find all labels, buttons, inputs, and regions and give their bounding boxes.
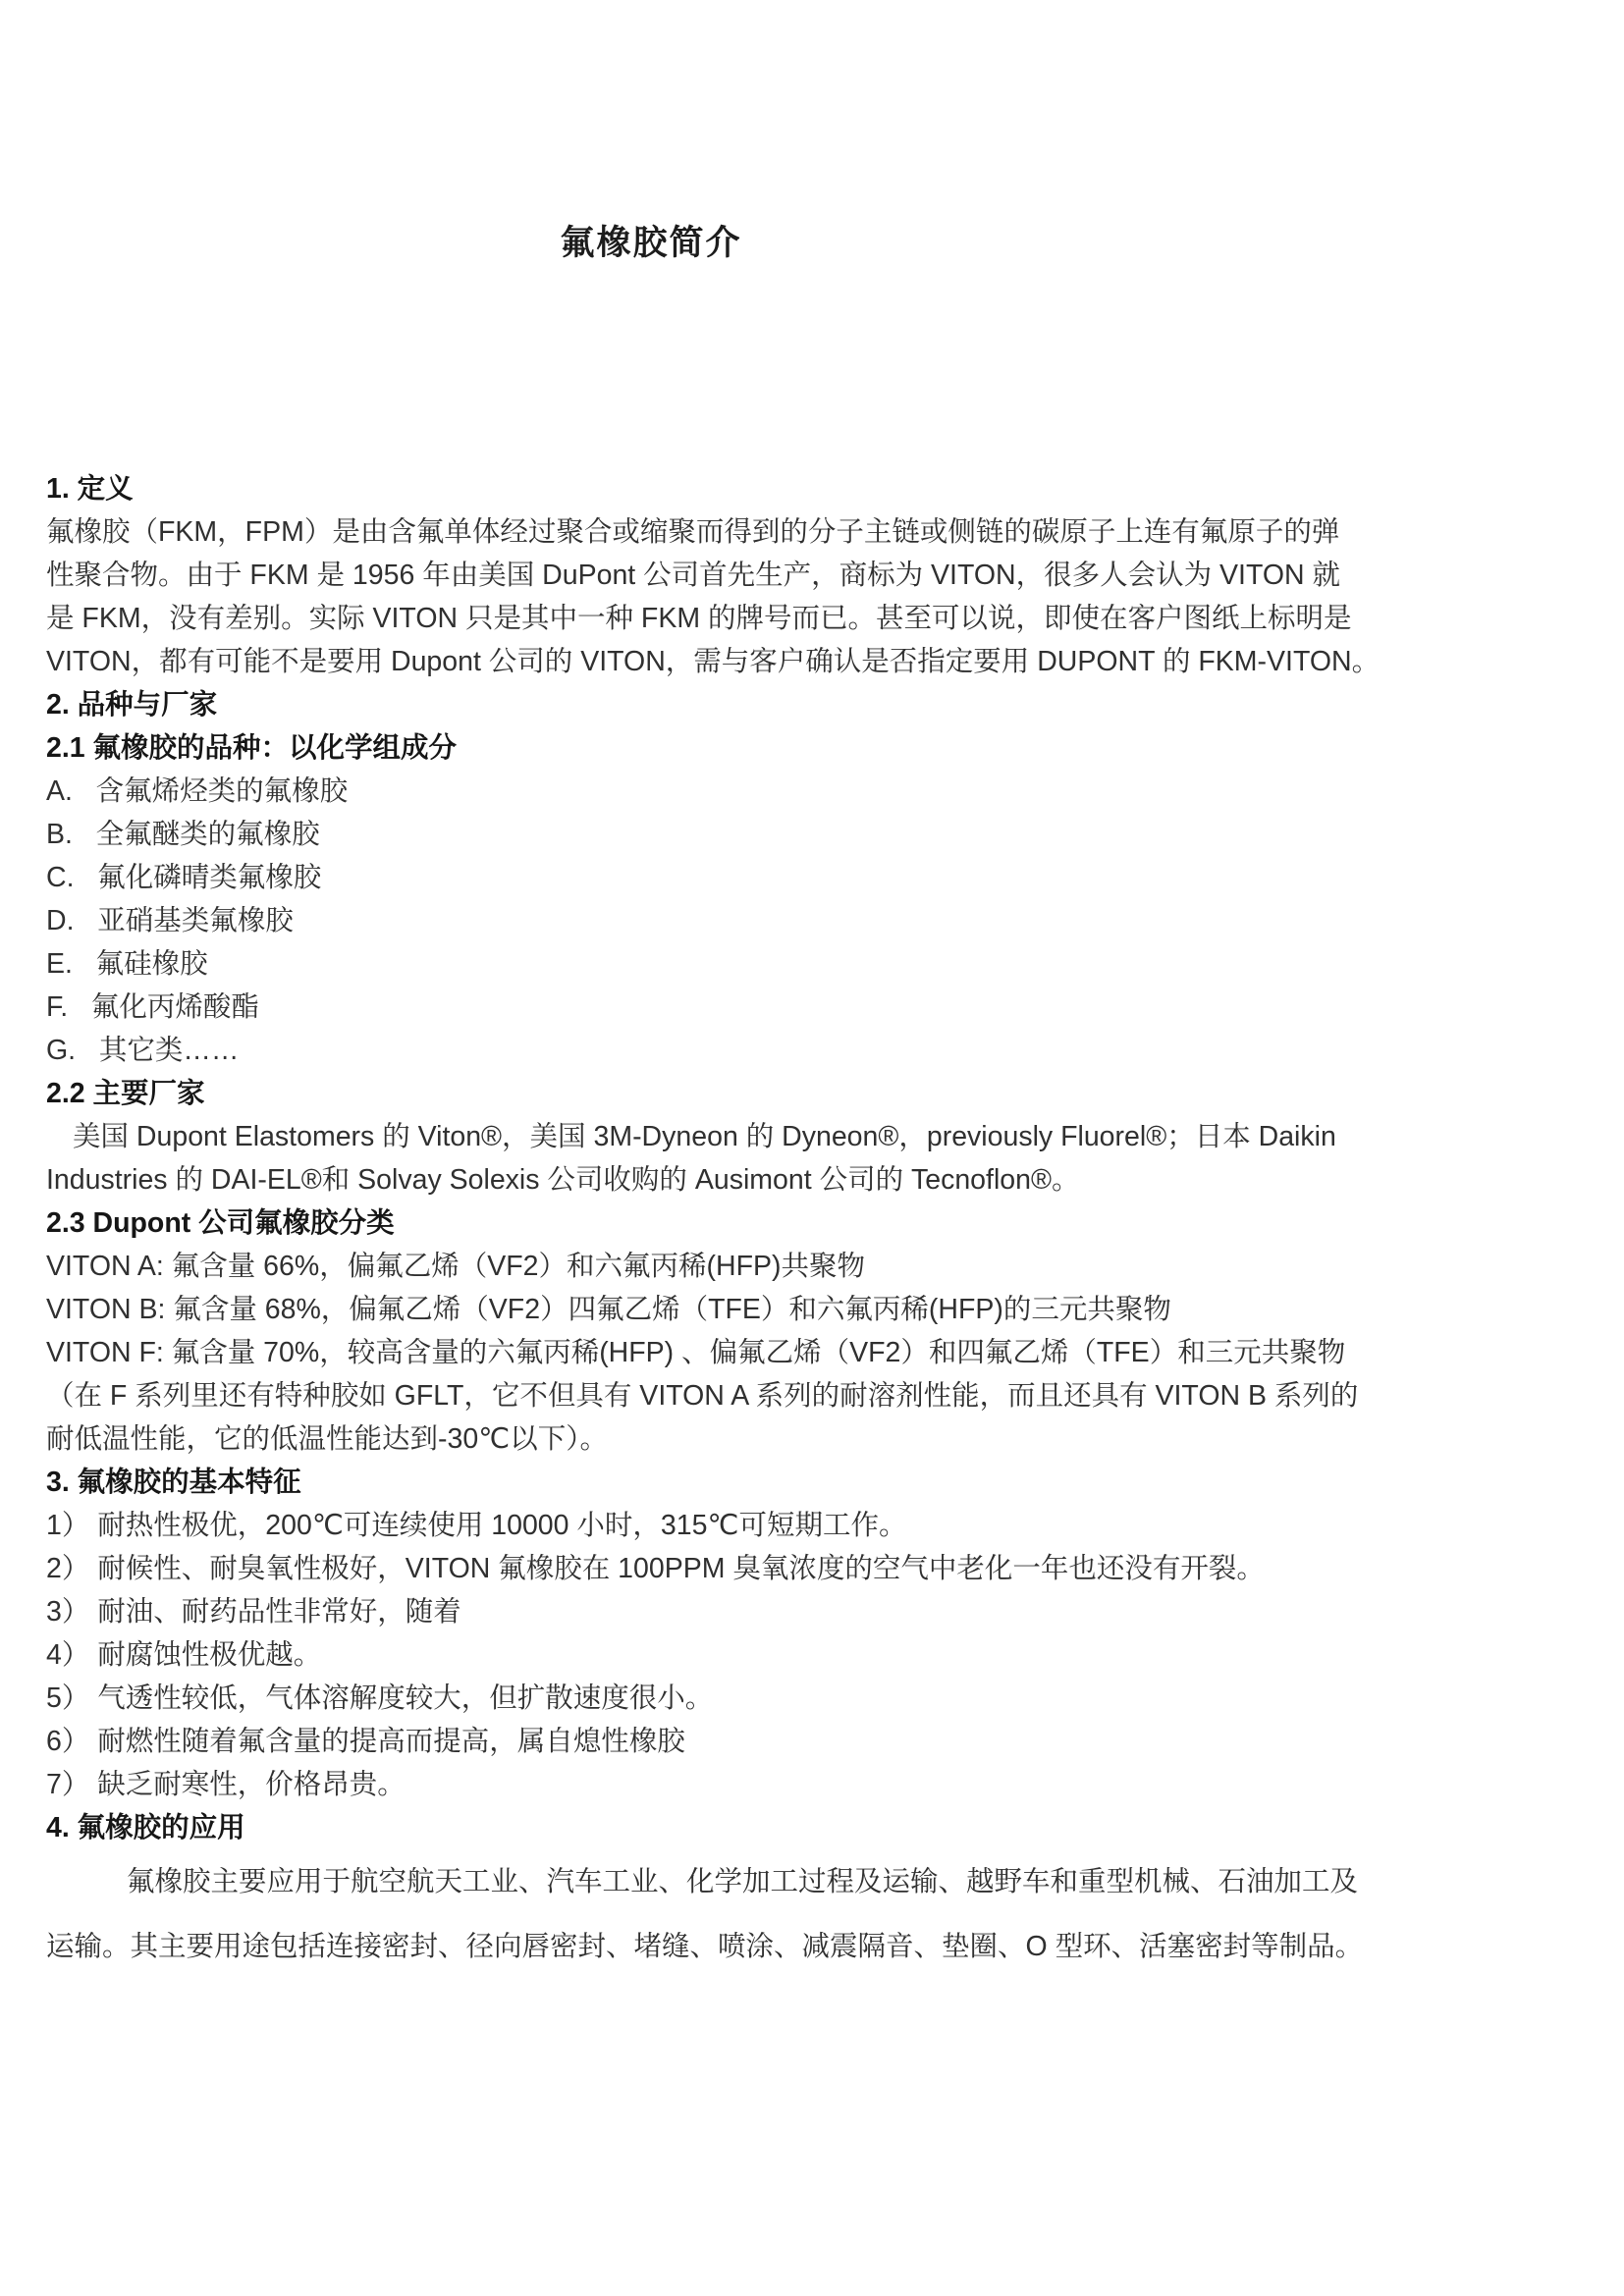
text-line: 1） 耐热性极优，200℃可连续使用 10000 小时，315℃可短期工作。	[46, 1504, 1595, 1547]
section-heading: 2.1 氟橡胶的品种：以化学组成分	[46, 726, 1595, 770]
text-line: 耐低温性能，它的低温性能达到-30℃以下）。	[46, 1417, 1595, 1461]
section-heading: 3. 氟橡胶的基本特征	[46, 1461, 1595, 1504]
text-line: VITON，都有可能不是要用 Dupont 公司的 VITON，需与客户确认是否…	[46, 640, 1595, 683]
section-heading: 2. 品种与厂家	[46, 683, 1595, 726]
text-line: 4） 耐腐蚀性极优越。	[46, 1633, 1595, 1677]
text-line: E. 氟硅橡胶	[46, 942, 1595, 986]
text-line: Industries 的 DAI-EL®和 Solvay Solexis 公司收…	[46, 1158, 1595, 1201]
text-line: 5） 气透性较低，气体溶解度较大，但扩散速度很小。	[46, 1677, 1595, 1720]
text-line: 性聚合物。由于 FKM 是 1956 年由美国 DuPont 公司首先生产，商标…	[46, 554, 1595, 597]
document-body: 1. 定义氟橡胶（FKM，FPM）是由含氟单体经过聚合或缩聚而得到的分子主链或侧…	[46, 467, 1595, 1979]
text-line: VITON B: 氟含量 68%，偏氟乙烯（VF2）四氟乙烯（TFE）和六氟丙稀…	[46, 1288, 1595, 1331]
text-line: F. 氟化丙烯酸酯	[46, 986, 1595, 1029]
text-line: 氟橡胶主要应用于航空航天工业、汽车工业、化学加工过程及运输、越野车和重型机械、石…	[46, 1849, 1595, 1914]
text-line: 美国 Dupont Elastomers 的 Viton®，美国 3M-Dyne…	[46, 1115, 1595, 1158]
text-line: 7） 缺乏耐寒性，价格昂贵。	[46, 1763, 1595, 1806]
section-heading: 2.3 Dupont 公司氟橡胶分类	[46, 1201, 1595, 1245]
text-line: VITON F: 氟含量 70%，较高含量的六氟丙稀(HFP) 、偏氟乙烯（VF…	[46, 1331, 1595, 1374]
text-line: 氟橡胶（FKM，FPM）是由含氟单体经过聚合或缩聚而得到的分子主链或侧链的碳原子…	[46, 510, 1595, 554]
text-line: B. 全氟醚类的氟橡胶	[46, 813, 1595, 856]
text-line: A. 含氟烯烃类的氟橡胶	[46, 770, 1595, 813]
text-line: VITON A: 氟含量 66%，偏氟乙烯（VF2）和六氟丙稀(HFP)共聚物	[46, 1245, 1595, 1288]
text-line: 3） 耐油、耐药品性非常好，随着	[46, 1590, 1595, 1633]
document-page: 氟橡胶简介 1. 定义氟橡胶（FKM，FPM）是由含氟单体经过聚合或缩聚而得到的…	[0, 0, 1624, 2296]
text-line: G. 其它类……	[46, 1029, 1595, 1072]
section-heading: 2.2 主要厂家	[46, 1072, 1595, 1115]
section-heading: 1. 定义	[46, 467, 1595, 510]
text-line: 6） 耐燃性随着氟含量的提高而提高，属自熄性橡胶	[46, 1720, 1595, 1763]
text-line: C. 氟化磷晴类氟橡胶	[46, 856, 1595, 899]
text-line: 是 FKM，没有差别。实际 VITON 只是其中一种 FKM 的牌号而已。甚至可…	[46, 597, 1595, 640]
document-title: 氟橡胶简介	[46, 219, 1256, 268]
text-line: 2） 耐候性、耐臭氧性极好，VITON 氟橡胶在 100PPM 臭氧浓度的空气中…	[46, 1547, 1595, 1590]
text-line: 运输。其主要用途包括连接密封、径向唇密封、堵缝、喷涂、减震隔音、垫圈、O 型环、…	[46, 1914, 1595, 1979]
text-line: D. 亚硝基类氟橡胶	[46, 899, 1595, 942]
section-heading: 4. 氟橡胶的应用	[46, 1806, 1595, 1849]
text-line: （在 F 系列里还有特种胶如 GFLT，它不但具有 VITON A 系列的耐溶剂…	[46, 1374, 1595, 1417]
